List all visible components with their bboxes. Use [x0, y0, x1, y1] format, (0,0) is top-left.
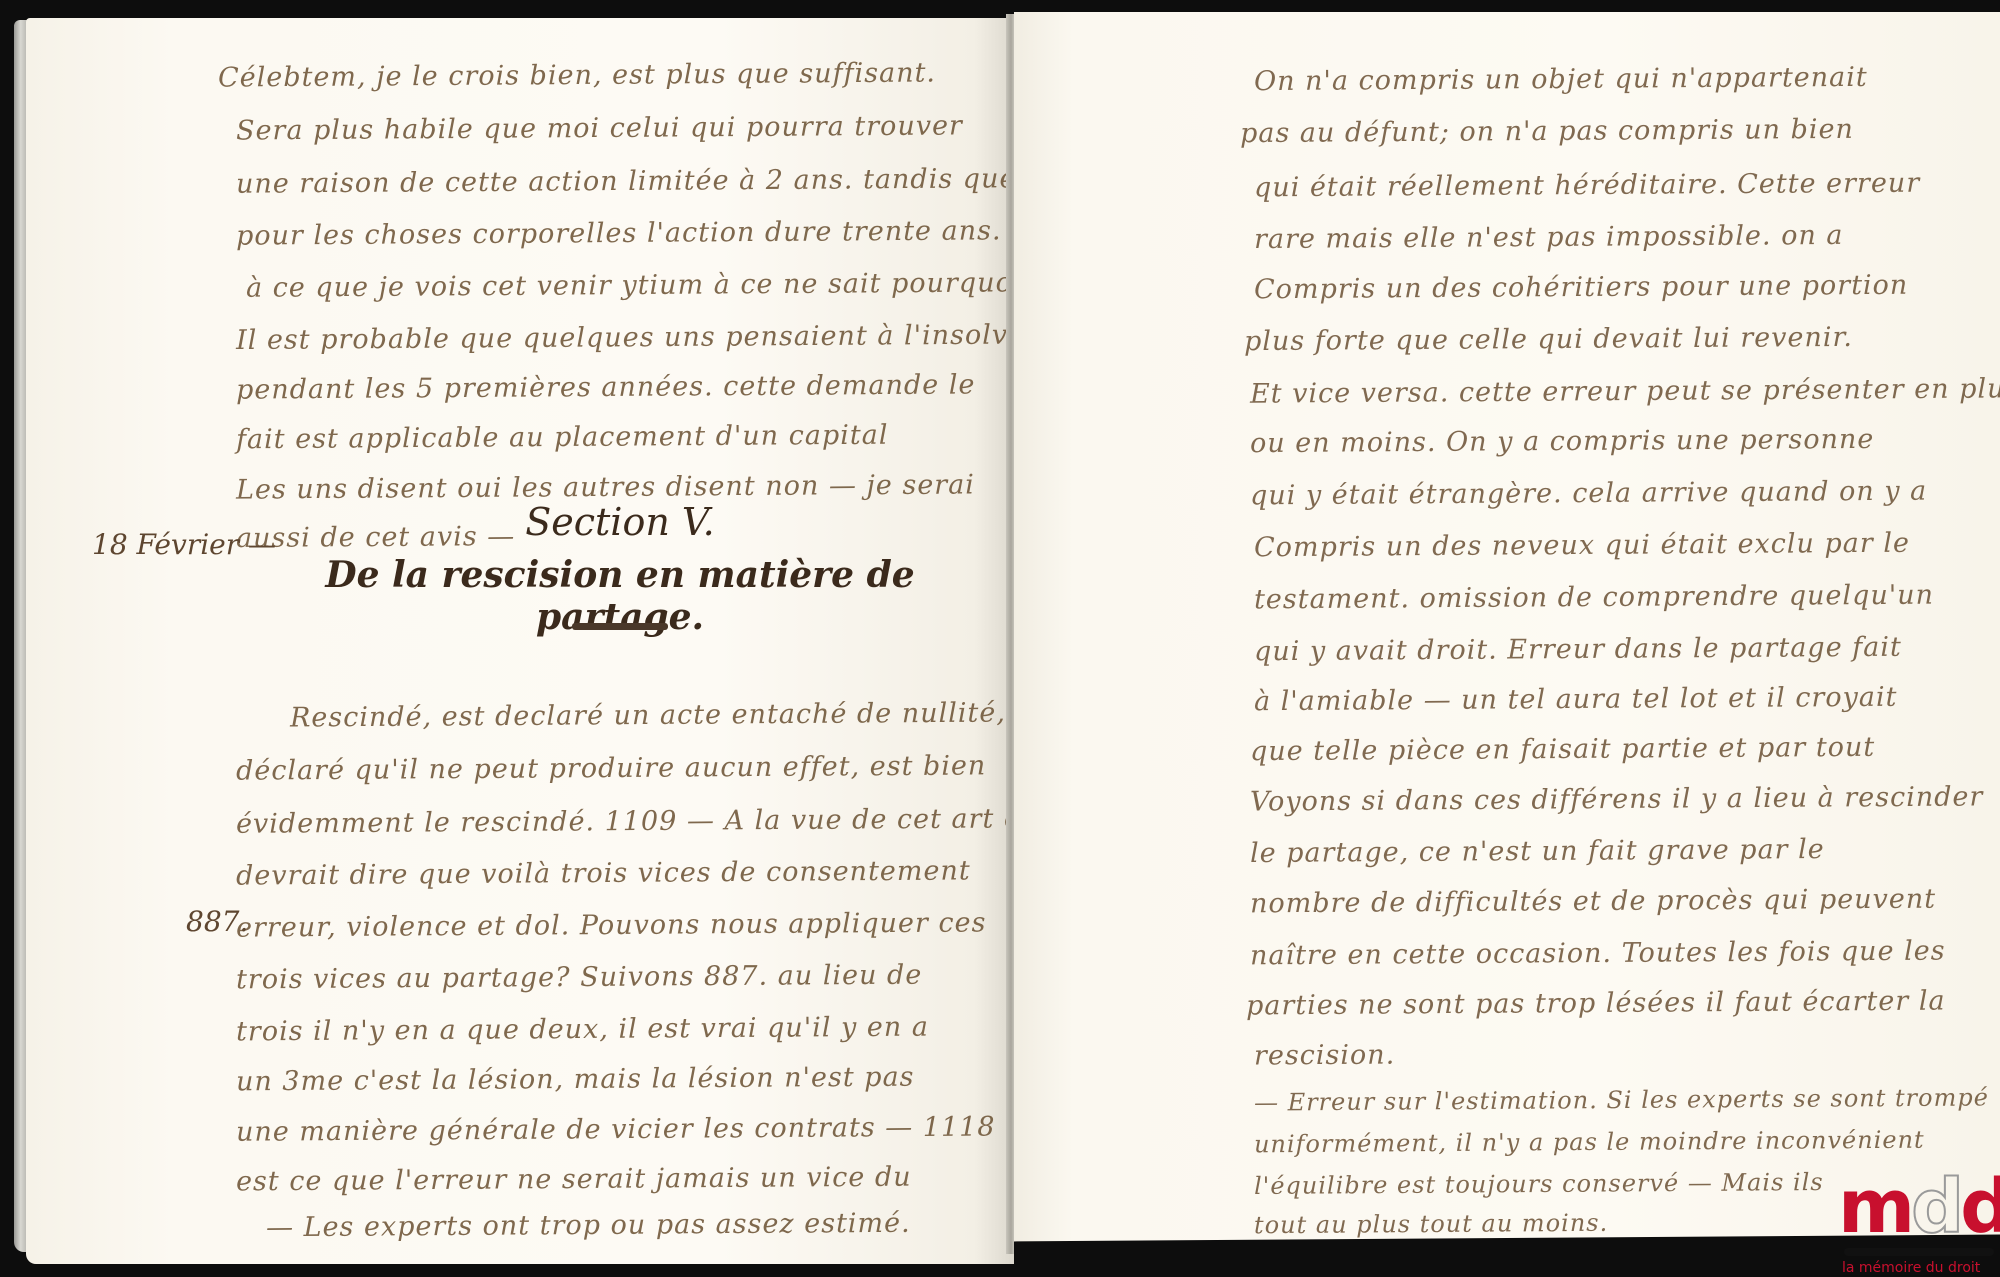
body-line-2: déclaré qu'il ne peut produire aucun eff…	[236, 750, 986, 786]
section-heading: Section V. De la rescision en matière de…	[300, 500, 940, 638]
section-number: Section V.	[300, 500, 940, 544]
right-line-5: Compris un des cohéritiers pour une port…	[1254, 270, 1908, 306]
right-line-17: nombre de difficultés et de procès qui p…	[1250, 884, 1936, 920]
title-underline	[572, 623, 668, 630]
right-line-15: Voyons si dans ces différens il y a lieu…	[1250, 781, 1984, 817]
body-line-8: un 3me c'est la lésion, mais la lésion n…	[236, 1062, 915, 1098]
right-line-13: à l'amiable — un tel aura tel lot et il …	[1254, 682, 1898, 717]
body-line-3: évidemment le rescindé. 1109 — A la vue …	[236, 803, 1040, 840]
logo-tagline: la mémoire du droit	[1842, 1260, 1980, 1276]
body-line-9: une manière générale de vicier les contr…	[236, 1111, 1033, 1148]
margin-date: 18 Février —	[92, 528, 276, 561]
right-line-1: On n'a compris un objet qui n'appartenai…	[1254, 62, 1868, 97]
left-line-1: Célebtem, je le crois bien, est plus que…	[218, 57, 936, 93]
logo-letter-d: d	[1960, 1164, 2000, 1250]
left-line-2: Sera plus habile que moi celui qui pourr…	[236, 110, 963, 146]
left-line-6: Il est probable que quelques uns pensaie…	[236, 319, 1101, 356]
mdd-watermark-logo: mdd la mémoire du droit	[1838, 1168, 2000, 1277]
right-line-2: pas au défunt; on n'a pas compris un bie…	[1240, 114, 1854, 149]
left-line-4: pour les choses corporelles l'action dur…	[236, 215, 1002, 251]
right-line-18: naître en cette occasion. Toutes les foi…	[1250, 936, 1946, 972]
logo-letter-d-outline: d	[1911, 1164, 1960, 1250]
left-line-8: fait est applicable au placement d'un ca…	[236, 420, 889, 456]
logo-bar	[1844, 1248, 1994, 1256]
body-line-1: Rescindé, est declaré un acte entaché de…	[290, 698, 1006, 734]
left-line-5: à ce que je vois cet venir ytium à ce ne…	[246, 267, 1032, 303]
body-line-13: — Les experts ont trop ou pas assez esti…	[266, 1208, 911, 1244]
body-line-6: trois vices au partage? Suivons 887. au …	[236, 960, 922, 996]
right-line-9: qui y était étrangère. cela arrive quand…	[1250, 476, 1927, 512]
margin-article-number: 887.	[186, 905, 248, 938]
logo-letters: mdd	[1838, 1168, 2000, 1246]
right-line-22: uniformément, il n'y a pas le moindre in…	[1254, 1126, 1925, 1159]
left-line-3: une raison de cette action limitée à 2 a…	[236, 163, 1017, 199]
left-line-7: pendant les 5 premières années. cette de…	[236, 369, 976, 405]
logo-letter-m: m	[1838, 1164, 1911, 1250]
right-line-6: plus forte que celle qui devait lui reve…	[1244, 322, 1853, 357]
body-line-10: est ce que l'erreur ne serait jamais un …	[236, 1162, 912, 1198]
right-line-12: qui y avait droit. Erreur dans le partag…	[1254, 632, 1902, 668]
right-line-27: tout au plus tout au moins.	[1254, 1209, 1608, 1239]
right-line-14: que telle pièce en faisait partie et par…	[1250, 732, 1875, 767]
right-line-16: le partage, ce n'est un fait grave par l…	[1250, 834, 1825, 869]
body-line-4: devrait dire que voilà trois vices de co…	[236, 855, 971, 891]
right-line-7: Et vice versa. cette erreur peut se prés…	[1250, 373, 2000, 409]
right-line-19: parties ne sont pas trop lésées il faut …	[1246, 986, 1946, 1022]
right-line-10: Compris un des neveux qui était exclu pa…	[1254, 528, 1910, 564]
right-line-11: testament. omission de comprendre quelqu…	[1254, 580, 1934, 616]
right-line-20: rescision.	[1254, 1040, 1395, 1072]
right-line-21: — Erreur sur l'estimation. Si les expert…	[1254, 1083, 1989, 1116]
right-line-4: rare mais elle n'est pas impossible. on …	[1254, 220, 1844, 255]
right-line-8: ou en moins. On y a compris une personne	[1250, 424, 1875, 459]
body-line-7: trois il n'y en a que deux, il est vrai …	[236, 1012, 929, 1048]
right-line-3: qui était réellement héréditaire. Cette …	[1254, 168, 1920, 204]
open-manuscript-book: Célebtem, je le crois bien, est plus que…	[0, 0, 2000, 1277]
body-line-5: erreur, violence et dol. Pouvons nous ap…	[236, 907, 987, 943]
right-line-23: l'équilibre est toujours conservé — Mais…	[1254, 1168, 1824, 1200]
